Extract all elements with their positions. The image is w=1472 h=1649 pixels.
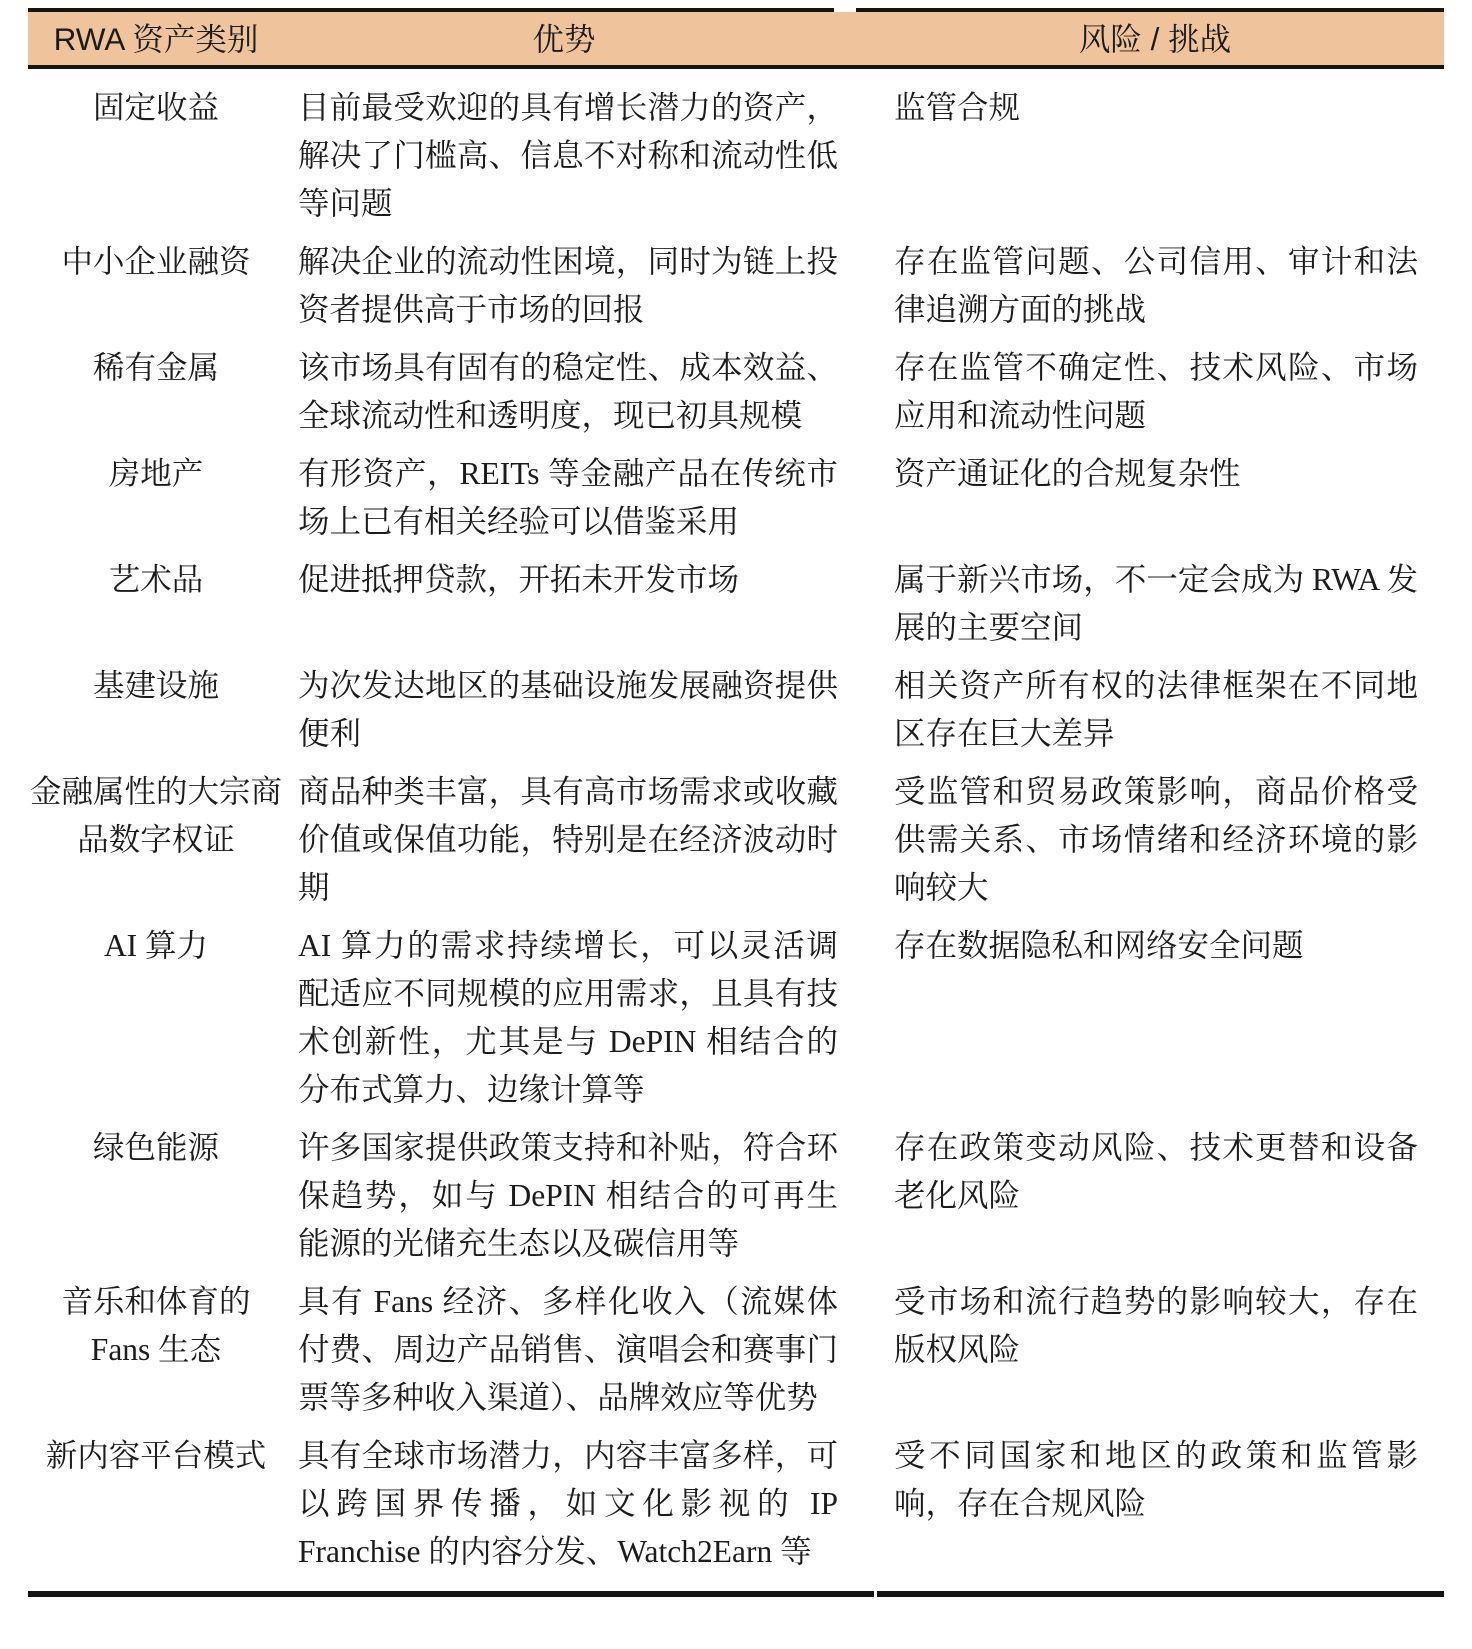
advantage-cell: 具有全球市场潜力，内容丰富多样，可以跨国界传播，如文化影视的 IP Franch… xyxy=(284,1432,844,1576)
category-cell: 固定收益 xyxy=(28,84,284,132)
top-rule-right-segment xyxy=(856,8,1444,12)
risk-cell: 受监管和贸易政策影响，商品价格受供需关系、市场情绪和经济环境的影响较大 xyxy=(844,768,1444,912)
risk-cell: 受不同国家和地区的政策和监管影响，存在合规风险 xyxy=(844,1432,1444,1528)
bottom-rule-left-segment xyxy=(28,1591,874,1597)
category-cell: 基建设施 xyxy=(28,662,284,710)
header-risk: 风险 / 挑战 xyxy=(844,15,1444,63)
bottom-rule-right-segment xyxy=(877,1591,1444,1597)
advantage-cell: 商品种类丰富，具有高市场需求或收藏价值或保值功能，特别是在经济波动时期 xyxy=(284,768,844,912)
top-rule-gap xyxy=(834,8,856,12)
table-row: 金融属性的大宗商品数字权证 商品种类丰富，具有高市场需求或收藏价值或保值功能，特… xyxy=(28,763,1444,917)
table-row: 固定收益 目前最受欢迎的具有增长潜力的资产，解决了门槛高、信息不对称和流动性低等… xyxy=(28,79,1444,233)
risk-cell: 资产通证化的合规复杂性 xyxy=(844,450,1444,498)
risk-cell: 相关资产所有权的法律框架在不同地区存在巨大差异 xyxy=(844,662,1444,758)
table-row: 房地产 有形资产，REITs 等金融产品在传统市场上已有相关经验可以借鉴采用 资… xyxy=(28,445,1444,551)
category-cell: 中小企业融资 xyxy=(28,238,284,286)
risk-cell: 监管合规 xyxy=(844,84,1444,132)
risk-cell: 存在监管不确定性、技术风险、市场应用和流动性问题 xyxy=(844,344,1444,440)
table-row: 音乐和体育的 Fans 生态 具有 Fans 经济、多样化收入（流媒体付费、周边… xyxy=(28,1273,1444,1427)
table-row: 新内容平台模式 具有全球市场潜力，内容丰富多样，可以跨国界传播，如文化影视的 I… xyxy=(28,1427,1444,1581)
advantage-cell: 解决企业的流动性困境，同时为链上投资者提供高于市场的回报 xyxy=(284,238,844,334)
page: RWA 资产类别 优势 风险 / 挑战 固定收益 目前最受欢迎的具有增长潜力的资… xyxy=(0,0,1472,1649)
header-advantage: 优势 xyxy=(284,15,844,63)
table-row: AI 算力 AI 算力的需求持续增长，可以灵活调配适应不同规模的应用需求，且具有… xyxy=(28,917,1444,1119)
table-header-row: RWA 资产类别 优势 风险 / 挑战 xyxy=(28,12,1444,69)
risk-cell: 存在数据隐私和网络安全问题 xyxy=(844,922,1444,970)
category-cell: 稀有金属 xyxy=(28,344,284,392)
advantage-cell: 许多国家提供政策支持和补贴，符合环保趋势，如与 DePIN 相结合的可再生能源的… xyxy=(284,1124,844,1268)
advantage-cell: AI 算力的需求持续增长，可以灵活调配适应不同规模的应用需求，且具有技术创新性，… xyxy=(284,922,844,1114)
advantage-cell: 有形资产，REITs 等金融产品在传统市场上已有相关经验可以借鉴采用 xyxy=(284,450,844,546)
table-body: 固定收益 目前最受欢迎的具有增长潜力的资产，解决了门槛高、信息不对称和流动性低等… xyxy=(28,69,1444,1591)
advantage-cell: 目前最受欢迎的具有增长潜力的资产，解决了门槛高、信息不对称和流动性低等问题 xyxy=(284,84,844,228)
table-bottom-rule xyxy=(28,1591,1444,1597)
category-cell: 金融属性的大宗商品数字权证 xyxy=(28,768,284,864)
risk-cell: 属于新兴市场，不一定会成为 RWA 发展的主要空间 xyxy=(844,556,1444,652)
advantage-cell: 具有 Fans 经济、多样化收入（流媒体付费、周边产品销售、演唱会和赛事门票等多… xyxy=(284,1278,844,1422)
risk-cell: 存在监管问题、公司信用、审计和法律追溯方面的挑战 xyxy=(844,238,1444,334)
category-cell: AI 算力 xyxy=(28,922,284,970)
table-row: 稀有金属 该市场具有固有的稳定性、成本效益、全球流动性和透明度，现已初具规模 存… xyxy=(28,339,1444,445)
category-cell: 新内容平台模式 xyxy=(28,1432,284,1480)
table-row: 基建设施 为次发达地区的基础设施发展融资提供便利 相关资产所有权的法律框架在不同… xyxy=(28,657,1444,763)
category-cell: 绿色能源 xyxy=(28,1124,284,1172)
risk-cell: 受市场和流行趋势的影响较大，存在版权风险 xyxy=(844,1278,1444,1374)
risk-cell: 存在政策变动风险、技术更替和设备老化风险 xyxy=(844,1124,1444,1220)
category-cell: 艺术品 xyxy=(28,556,284,604)
advantage-cell: 促进抵押贷款，开拓未开发市场 xyxy=(284,556,844,604)
category-cell: 房地产 xyxy=(28,450,284,498)
category-cell: 音乐和体育的 Fans 生态 xyxy=(28,1278,284,1374)
advantage-cell: 为次发达地区的基础设施发展融资提供便利 xyxy=(284,662,844,758)
table-top-rule xyxy=(28,8,1444,12)
header-category: RWA 资产类别 xyxy=(28,15,284,63)
table-row: 艺术品 促进抵押贷款，开拓未开发市场 属于新兴市场，不一定会成为 RWA 发展的… xyxy=(28,551,1444,657)
table-row: 绿色能源 许多国家提供政策支持和补贴，符合环保趋势，如与 DePIN 相结合的可… xyxy=(28,1119,1444,1273)
top-rule-left-segment xyxy=(28,8,834,12)
rwa-asset-table: RWA 资产类别 优势 风险 / 挑战 固定收益 目前最受欢迎的具有增长潜力的资… xyxy=(28,8,1444,1597)
table-row: 中小企业融资 解决企业的流动性困境，同时为链上投资者提供高于市场的回报 存在监管… xyxy=(28,233,1444,339)
advantage-cell: 该市场具有固有的稳定性、成本效益、全球流动性和透明度，现已初具规模 xyxy=(284,344,844,440)
